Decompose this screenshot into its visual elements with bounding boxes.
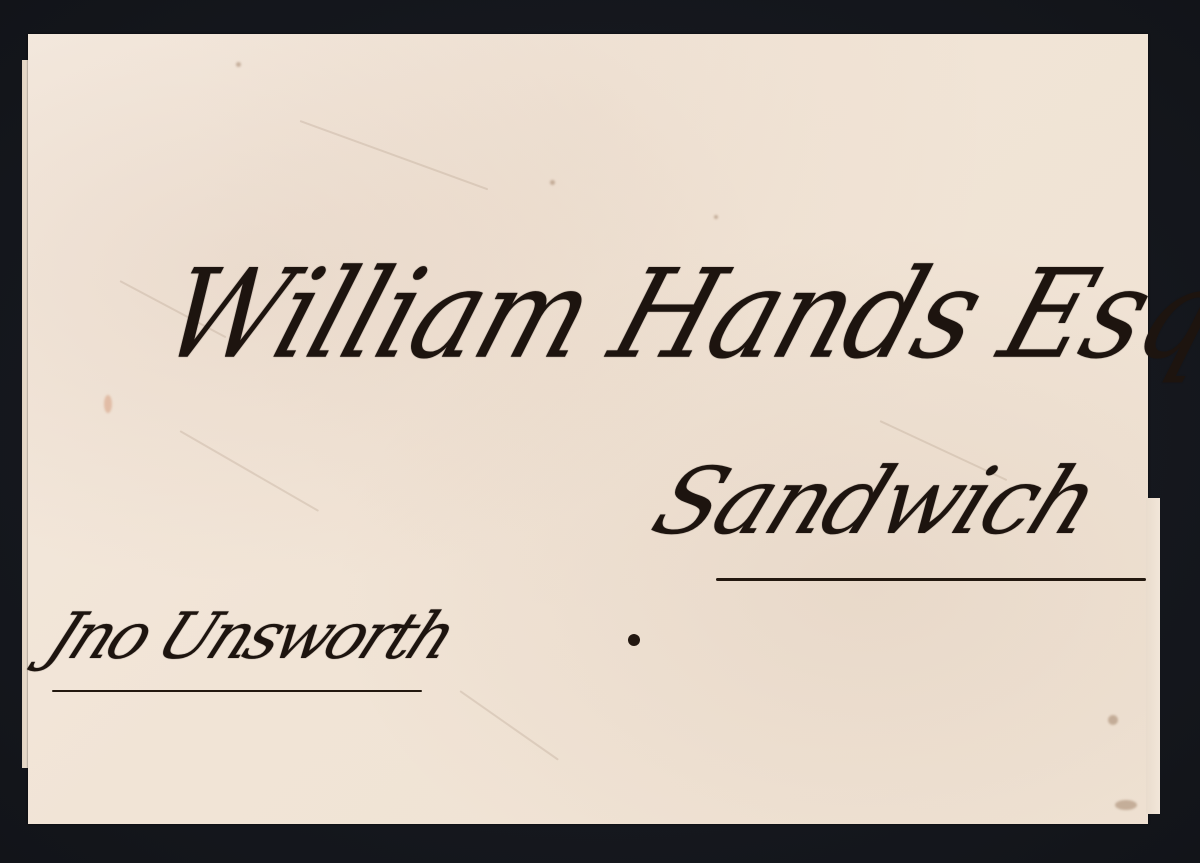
sender-signature: Jno Unsworth [36,600,466,674]
folded-flap [1146,498,1160,814]
ink-speck [714,215,718,219]
foxing-stain [104,395,112,413]
ink-speck [1108,715,1118,725]
letter-cover [28,34,1148,824]
ink-blot [628,634,640,646]
addressee-name: William Hands Esqr. [147,244,1200,387]
ink-speck [236,62,241,67]
town-underline [716,578,1146,581]
destination-town: Sandwich [638,448,1112,555]
ink-speck [550,180,555,185]
ink-speck [1115,800,1137,810]
signature-underline [52,690,422,692]
